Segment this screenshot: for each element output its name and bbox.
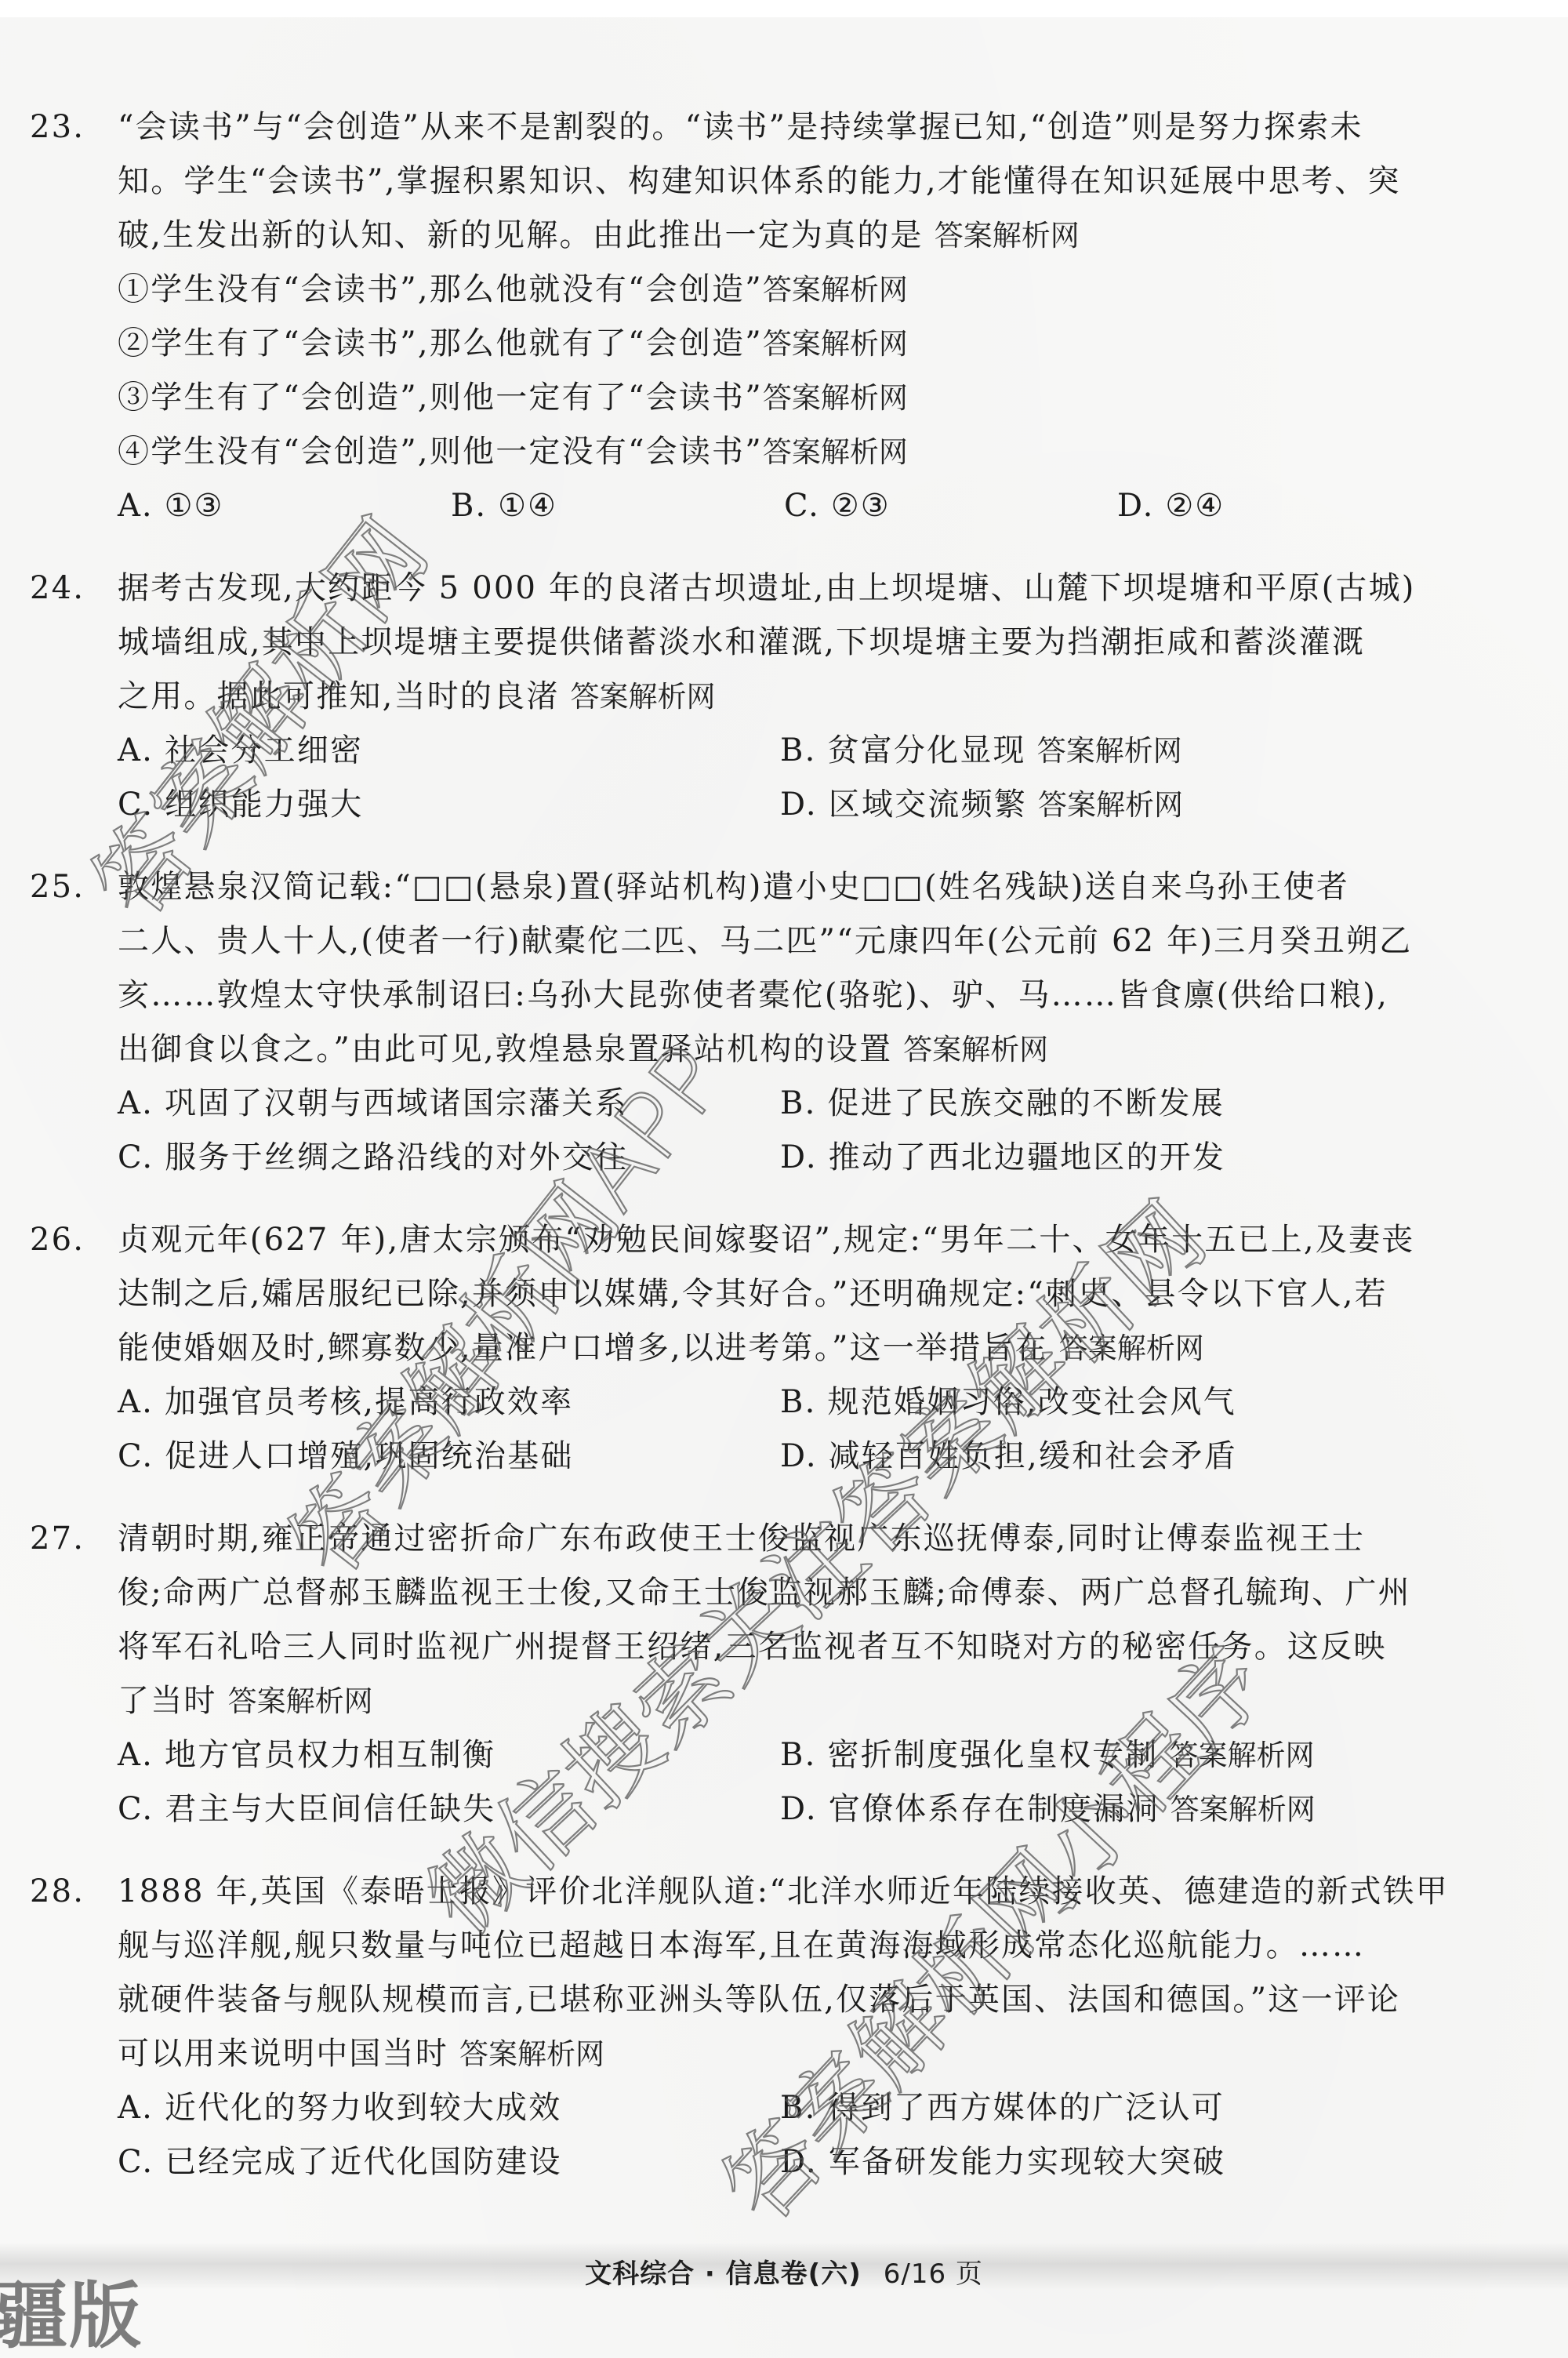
option-c[interactable]: C.已经完成了近代化国防建设 [118,2135,780,2189]
option-d[interactable]: D.官僚体系存在制度漏洞答案解析网 [780,1782,1316,1837]
page-footer: 文科综合 · 信息卷(六)6/16 页 [549,2252,1019,2291]
option-b[interactable]: B.规范婚姻习俗,改变社会风气 [780,1375,1236,1430]
answer-options-row: C.已经完成了近代化国防建设 D.军备研发能力实现较大突破 [118,2135,1450,2189]
question-stem-line: 28.1888 年,英国《泰晤士报》评价北洋舰队道:“北洋水师近年陆续接收英、德… [30,1865,1450,1919]
question-stem-line: 之用。据此可推知,当时的良渚答案解析网 [118,670,1450,724]
watermark-tag: 答案解析网 [228,1684,373,1718]
question-number: 28. [30,1865,118,1919]
question-number: 26. [30,1213,118,1267]
question-stem-line: 知。学生“会读书”,掌握积累知识、构建知识体系的能力,才能懂得在知识延展中思考、… [118,154,1450,209]
option-d[interactable]: D.②④ [1117,479,1450,533]
question-stem-line: 俊;命两广总督郝玉麟监视王士俊,又命王士俊监视郝玉麟;命傅泰、两广总督孔毓珣、广… [118,1566,1450,1620]
edition-mark: 疆版 [0,2258,143,2358]
statement-3: ③学生有了“会创造”,则他一定有了“会读书”答案解析网 [118,371,1450,425]
option-b[interactable]: B.促进了民族交融的不断发展 [780,1077,1225,1131]
exam-page: 23.“会读书”与“会创造”从来不是割裂的。“读书”是持续掌握已知,“创造”则是… [0,0,1568,2358]
question-stem-line: 舰与巡洋舰,舰只数量与吨位已超越日本海军,且在黄海海域形成常态化巡航能力。…… [118,1919,1450,1973]
watermark-tag: 答案解析网 [935,219,1080,253]
statement-1: ①学生没有“会读书”,那么他就没有“会创造”答案解析网 [118,263,1450,317]
question-stem-line: 二人、贵人十人,(使者一行)献橐佗二匹、马二匹”“元康四年(公元前 62 年)三… [118,914,1450,968]
question-27: 27.清朝时期,雍正帝通过密折命广东布政使王士俊监视广东巡抚傅泰,同时让傅泰监视… [30,1512,1450,1837]
question-stem-line: 25.敦煌悬泉汉简记载:“□□(悬泉)置(驿站机构)遣小史□□(姓名残缺)送自来… [30,860,1450,914]
option-d[interactable]: D.减轻百姓负担,缓和社会矛盾 [780,1430,1237,1484]
question-stem-line: 了当时答案解析网 [118,1674,1450,1728]
watermark-tag: 答案解析网 [1059,1332,1204,1365]
watermark-tag: 答案解析网 [763,273,908,307]
option-d[interactable]: D.推动了西北边疆地区的开发 [780,1131,1225,1185]
question-stem-line: 达制之后,孀居服纪已除,并须申以媒媾,令其好合。”还明确规定:“刺史、县令以下官… [118,1267,1450,1321]
footer-title: 文科综合 · 信息卷(六) [585,2258,862,2290]
question-stem-line: 将军石礼哈三人同时监视广州提督王绍绪,三名监视者互不知晓对方的秘密任务。这反映 [118,1620,1450,1674]
watermark-tag: 答案解析网 [1037,734,1182,768]
option-d[interactable]: D.军备研发能力实现较大突破 [780,2135,1225,2189]
watermark-tag: 答案解析网 [1171,1793,1316,1826]
question-stem-line: 就硬件装备与舰队规模而言,已堪称亚洲头等队伍,仅落后于英国、法国和德国。”这一评… [118,1973,1450,2027]
option-b[interactable]: B.①④ [451,479,784,533]
answer-options-row: A.加强官员考核,提高行政效率 B.规范婚姻习俗,改变社会风气 [118,1375,1450,1430]
question-number: 24. [30,561,118,616]
option-c[interactable]: C.君主与大臣间信任缺失 [118,1782,780,1837]
question-stem-line: 26.贞观元年(627 年),唐太宗颁布“劝勉民间嫁娶诏”,规定:“男年二十、女… [30,1213,1450,1267]
watermark-tag: 答案解析网 [1038,788,1183,822]
answer-options-row: A.社会分工细密 B.贫富分化显现答案解析网 [118,724,1450,778]
question-stem-line: 能使婚姻及时,鳏寡数少,量准户口增多,以进考第。”这一举措旨在答案解析网 [118,1321,1450,1375]
scan-top-margin [0,0,1568,17]
question-28: 28.1888 年,英国《泰晤士报》评价北洋舰队道:“北洋水师近年陆续接收英、德… [30,1865,1450,2189]
question-stem-line: 27.清朝时期,雍正帝通过密折命广东布政使王士俊监视广东巡抚傅泰,同时让傅泰监视… [30,1512,1450,1566]
question-number: 25. [30,860,118,914]
watermark-tag: 答案解析网 [571,680,716,714]
option-d[interactable]: D.区域交流频繁答案解析网 [780,778,1183,832]
question-23: 23.“会读书”与“会创造”从来不是割裂的。“读书”是持续掌握已知,“创造”则是… [30,100,1450,533]
question-stem-line: 亥……敦煌太守快承制诏曰:乌孙大昆弥使者橐佗(骆驼)、驴、马……皆食廪(供给口粮… [118,968,1450,1023]
question-number: 23. [30,100,118,154]
option-b[interactable]: B.得到了西方媒体的广泛认可 [780,2081,1225,2135]
option-c[interactable]: C.服务于丝绸之路沿线的对外交往 [118,1131,780,1185]
option-c[interactable]: C.促进人口增殖,巩固统治基础 [118,1430,780,1484]
watermark-tag: 答案解析网 [459,2037,604,2071]
option-a[interactable]: A.近代化的努力收到较大成效 [118,2081,780,2135]
watermark-tag: 答案解析网 [763,381,908,415]
question-stem-line: 24.据考古发现,大约距今 5 000 年的良渚古坝遗址,由上坝堤塘、山麓下坝堤… [30,561,1450,616]
statement-2: ②学生有了“会读书”,那么他就有了“会创造”答案解析网 [118,317,1450,371]
answer-options-row: C.组织能力强大 D.区域交流频繁答案解析网 [118,778,1450,832]
watermark-tag: 答案解析网 [763,327,908,361]
answer-options-row: A.巩固了汉朝与西域诸国宗藩关系 B.促进了民族交融的不断发展 [118,1077,1450,1131]
answer-options-row: A.地方官员权力相互制衡 B.密折制度强化皇权专制答案解析网 [118,1728,1450,1782]
page-number: 6/16 页 [884,2258,983,2290]
option-b[interactable]: B.密折制度强化皇权专制答案解析网 [780,1728,1315,1782]
option-a[interactable]: A.地方官员权力相互制衡 [118,1728,780,1782]
option-a[interactable]: A.加强官员考核,提高行政效率 [118,1375,780,1430]
question-stem-line: 出御食以食之。”由此可见,敦煌悬泉置驿站机构的设置答案解析网 [118,1023,1450,1077]
question-24: 24.据考古发现,大约距今 5 000 年的良渚古坝遗址,由上坝堤塘、山麓下坝堤… [30,561,1450,832]
question-25: 25.敦煌悬泉汉简记载:“□□(悬泉)置(驿站机构)遣小史□□(姓名残缺)送自来… [30,860,1450,1185]
question-number: 27. [30,1512,118,1566]
question-stem-line: 破,生发出新的认知、新的见解。由此推出一定为真的是答案解析网 [118,209,1450,263]
option-a[interactable]: A.巩固了汉朝与西域诸国宗藩关系 [118,1077,780,1131]
answer-options-row: C.服务于丝绸之路沿线的对外交往 D.推动了西北边疆地区的开发 [118,1131,1450,1185]
watermark-tag: 答案解析网 [1170,1739,1315,1772]
question-26: 26.贞观元年(627 年),唐太宗颁布“劝勉民间嫁娶诏”,规定:“男年二十、女… [30,1213,1450,1484]
answer-options-row: A.近代化的努力收到较大成效 B.得到了西方媒体的广泛认可 [118,2081,1450,2135]
statement-4: ④学生没有“会创造”,则他一定没有“会读书”答案解析网 [118,425,1450,479]
watermark-tag: 答案解析网 [763,435,908,469]
answer-options-row: C.促进人口增殖,巩固统治基础 D.减轻百姓负担,缓和社会矛盾 [118,1430,1450,1484]
answer-options: A.①③ B.①④ C.②③ D.②④ [118,479,1450,533]
answer-options-row: C.君主与大臣间信任缺失 D.官僚体系存在制度漏洞答案解析网 [118,1782,1450,1837]
option-a[interactable]: A.社会分工细密 [118,724,780,778]
watermark-tag: 答案解析网 [903,1033,1048,1066]
question-list: 23.“会读书”与“会创造”从来不是割裂的。“读书”是持续掌握已知,“创造”则是… [118,100,1450,2218]
question-stem-line: 可以用来说明中国当时答案解析网 [118,2027,1450,2081]
question-stem-line: 城墙组成,其中上坝堤塘主要提供储蓄淡水和灌溉,下坝堤塘主要为挡潮拒咸和蓄淡灌溉 [118,616,1450,670]
option-c[interactable]: C.②③ [784,479,1117,533]
question-stem-line: 23.“会读书”与“会创造”从来不是割裂的。“读书”是持续掌握已知,“创造”则是… [30,100,1450,154]
option-b[interactable]: B.贫富分化显现答案解析网 [780,724,1182,778]
option-a[interactable]: A.①③ [118,479,451,533]
option-c[interactable]: C.组织能力强大 [118,778,780,832]
